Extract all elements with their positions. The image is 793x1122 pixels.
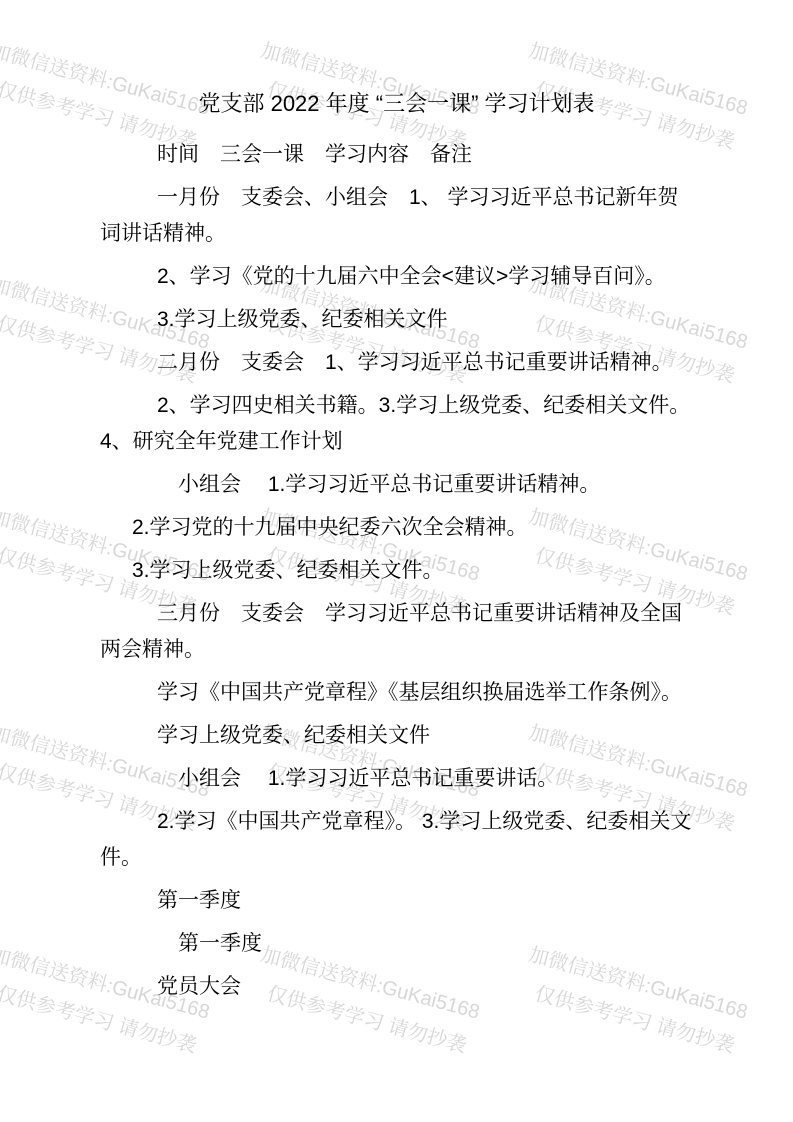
document-paragraph: 小组会 1.学习习近平总书记重要讲话。 (100, 761, 693, 797)
document-paragraph: 第一季度 (100, 883, 693, 919)
document-page: 加微信送资料:GuKai5168仅供参考学习 请勿抄袭加微信送资料:GuKai5… (0, 0, 793, 1122)
document-paragraph: 学习《中国共产党章程》《基层组织换届选举工作条例》。 (100, 675, 693, 711)
document-paragraph: 2.学习《中国共产党章程》。 3.学习上级党委、纪委相关文件。 (100, 804, 693, 876)
document-paragraph: 2、学习四史相关书籍。3.学习上级党委、纪委相关文件。4、研究全年党建工作计划 (100, 388, 693, 460)
document-paragraph: 第一季度 (100, 926, 693, 962)
document-paragraph: 二月份 支委会 1、学习习近平总书记重要讲话精神。 (100, 345, 693, 381)
document-paragraph: 一月份 支委会、小组会 1、 学习习近平总书记新年贺词讲话精神。 (100, 180, 693, 252)
document-paragraph: 2.学习党的十九届中央纪委六次全会精神。 (100, 510, 693, 546)
document-paragraph: 3.学习上级党委、纪委相关文件。 (100, 553, 693, 589)
document-content: 党支部 2022 年度 “三会一课” 学习计划表 时间 三会一课 学习内容 备注… (100, 88, 693, 1012)
document-paragraph: 3.学习上级党委、纪委相关文件 (100, 302, 693, 338)
document-paragraph: 时间 三会一课 学习内容 备注 (100, 137, 693, 173)
document-paragraph: 2、学习《党的十九届六中全会<建议>学习辅导百问》。 (100, 259, 693, 295)
document-paragraph: 学习上级党委、纪委相关文件 (100, 718, 693, 754)
document-paragraph: 三月份 支委会 学习习近平总书记重要讲话精神及全国两会精神。 (100, 596, 693, 668)
document-title: 党支部 2022 年度 “三会一课” 学习计划表 (100, 88, 693, 120)
document-paragraph: 小组会 1.学习习近平总书记重要讲话精神。 (100, 467, 693, 503)
paragraph-list: 时间 三会一课 学习内容 备注一月份 支委会、小组会 1、 学习习近平总书记新年… (100, 137, 693, 1005)
document-paragraph: 党员大会 (100, 969, 693, 1005)
